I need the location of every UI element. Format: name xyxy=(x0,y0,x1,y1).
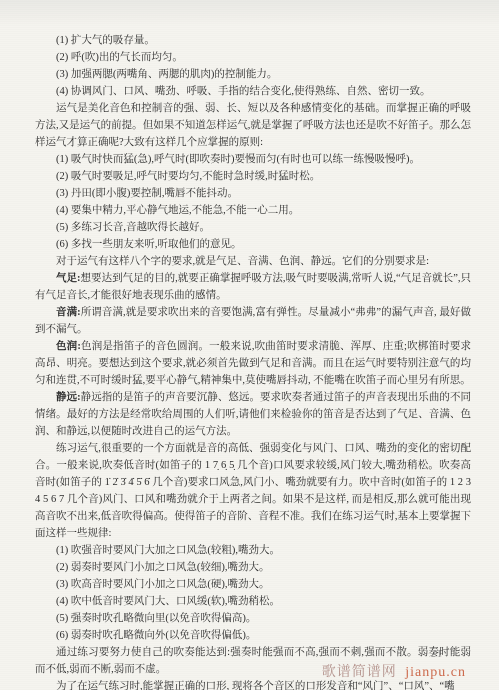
list-item: (4) 要集中精力,平心静气地运,不能急,不能一心二用。 xyxy=(35,202,471,219)
term-lead: 气足: xyxy=(56,273,81,284)
term-lead: 色润: xyxy=(56,341,81,352)
watermark-site-name: 歌谱简谱网 xyxy=(322,665,397,680)
page-number: 21 xyxy=(431,649,443,660)
list-item: (1) 吹强音时要风门大加之口风急(较粗),嘴劲大。 xyxy=(35,542,471,559)
list-item: (3) 吹高音时要风门小加之口风急(硬),嘴劲大。 xyxy=(35,576,471,593)
term-lead: 音满: xyxy=(56,307,81,318)
term-lead: 静远: xyxy=(56,392,81,403)
watermark-site-url: jianpu.cn xyxy=(405,665,466,680)
list-item: (1) 扩大气的吸存量。 xyxy=(35,32,471,49)
list-item: (2) 呼(吹)出的气长而均匀。 xyxy=(35,49,471,66)
list-item: (6) 弱奏时吹孔略微向外(以免音吹得偏低)。 xyxy=(35,627,471,644)
paragraph: 对于运气有这样八个字的要求,就是气足、音满、色润、静远。它们的分别要求是: xyxy=(35,253,471,270)
list-item: (2) 吸气时要吸足,呼气时要均匀,不能时急时缓,时猛时松。 xyxy=(35,168,471,185)
list-item: (5) 多练习长音,音越吹得长越好。 xyxy=(35,219,471,236)
list-item: (4) 吹中低音时要风门大、口风缓(软),嘴劲稍松。 xyxy=(35,593,471,610)
watermark: 歌谱简谱网 jianpu.cn xyxy=(322,661,466,681)
list-item: (1) 吸气时快而猛(急),呼气时(即吹奏时)要慢而匀(有时也可以练一练慢吸慢呼… xyxy=(35,151,471,168)
paragraph: 练习运气,很重要的一个方面就是音的高低、强弱变化与风门、口风、嘴劲的变化的密切配… xyxy=(35,440,471,542)
paragraph: 气足:想要达到气足的目的,就要正确掌握呼吸方法,吸气时要吸满,常听人说,“气足音… xyxy=(35,270,471,304)
paragraph: 运气是美化音色和控制音的强、弱、长、短以及各种感情变化的基础。而掌握正确的呼吸方… xyxy=(35,100,471,151)
list-item: (3) 丹田(即小腹)要控制,嘴唇不能抖动。 xyxy=(35,185,471,202)
list-item: (2) 弱奏时要风门小加之口风急(较细),嘴劲大。 xyxy=(35,559,471,576)
paragraph: 音满:所谓音满,就是要求吹出来的音要饱满,富有弹性。尽量减小“弗弗”的漏气声音,… xyxy=(35,304,471,338)
list-item: (5) 强奏时吹孔略微向里(以免音吹得偏高)。 xyxy=(35,610,471,627)
list-item: (6) 多找一些朋友来听,听取他们的意见。 xyxy=(35,236,471,253)
list-item: (3) 加强两腮(两嘴角、两腮的肌肉)的控制能力。 xyxy=(35,66,471,83)
paragraph: 静远:静远指的是笛子的声音要沉静、悠远。要求吹奏者通过笛子的声音表现出乐曲的不同… xyxy=(35,389,471,440)
list-item: (4) 协调风门、口风、嘴劲、呼吸、手指的结合变化,使得熟练、自然、密切一致。 xyxy=(35,83,471,100)
paragraph: 色润:色润是指笛子的音色圆润。一般来说,吹曲笛时要求清脆、浑厚、庄重;吹梆笛时要… xyxy=(35,338,471,389)
document-page: (1) 扩大气的吸存量。(2) 呼(吹)出的气长而均匀。(3) 加强两腮(两嘴角… xyxy=(0,0,499,690)
page-text: (1) 扩大气的吸存量。(2) 呼(吹)出的气长而均匀。(3) 加强两腮(两嘴角… xyxy=(35,32,471,690)
